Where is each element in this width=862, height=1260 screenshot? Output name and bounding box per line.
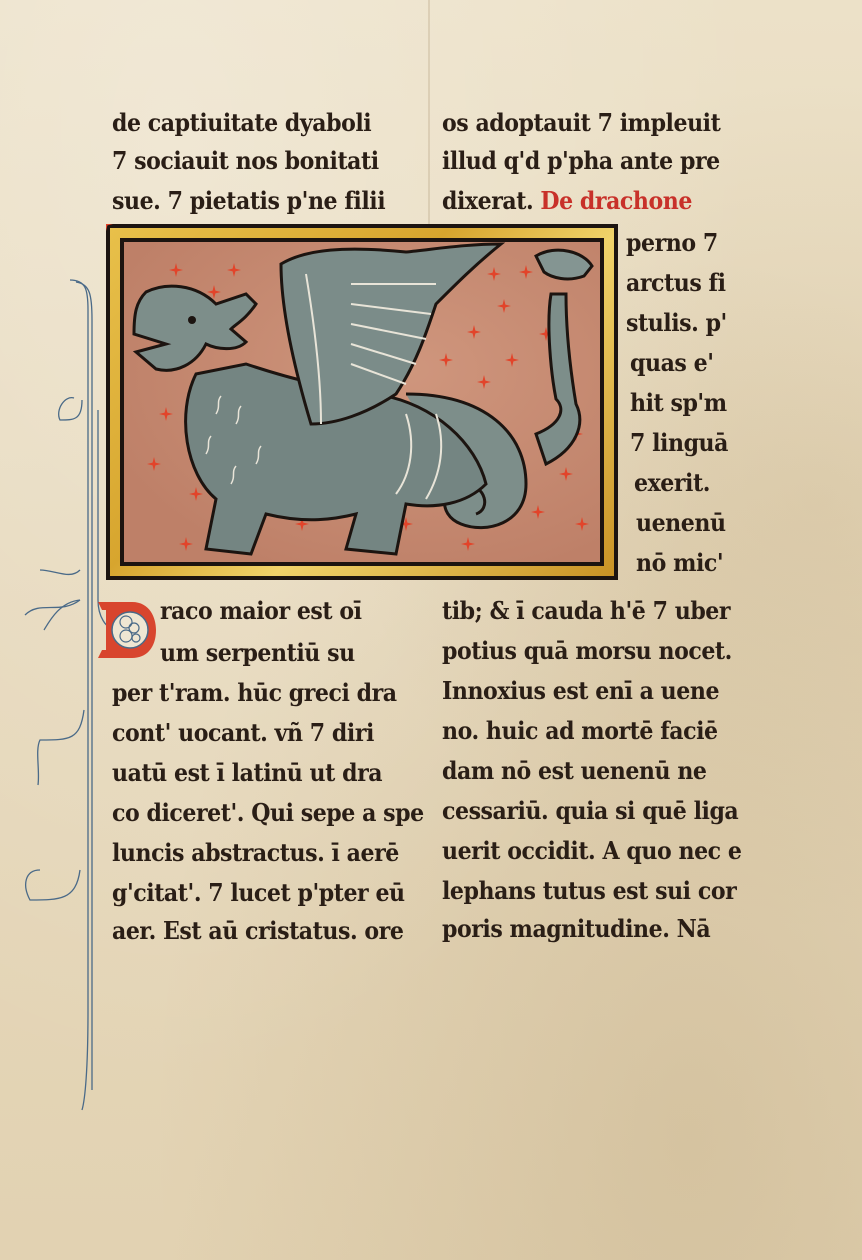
text-line: cont' uocant. vñ 7 diri bbox=[112, 718, 374, 748]
dragon-icon bbox=[106, 224, 618, 580]
text-line: aer. Est aū cristatus. ore bbox=[112, 916, 403, 946]
text-line: g'citat'. 7 lucet p'pter eū bbox=[112, 878, 405, 908]
text-fragment: dixerat. bbox=[442, 186, 533, 215]
text-line: uerit occidit. A quo nec e bbox=[442, 836, 741, 866]
text-line: co diceret'. Qui sepe a spe bbox=[112, 798, 424, 828]
page-crease bbox=[428, 0, 430, 230]
text-line: lephans tutus est sui cor bbox=[442, 876, 736, 906]
dragon-illumination bbox=[106, 224, 618, 580]
text-line: tib; & ī cauda h'ē 7 uber bbox=[442, 596, 730, 626]
illuminated-initial: D bbox=[92, 598, 158, 662]
text-line: per t'ram. hūc greci dra bbox=[112, 678, 397, 708]
text-line: Innoxius est enī a uene bbox=[442, 676, 719, 706]
text-line: dam nō est uenenū ne bbox=[442, 756, 707, 786]
text-line: potius quā morsu nocet. bbox=[442, 636, 732, 666]
text-line: luncis abstractus. ī aerē bbox=[112, 838, 399, 868]
manuscript-page: de captiuitate dyaboli 7 sociauit nos bo… bbox=[0, 0, 862, 1260]
text-line: os adoptauit 7 impleuit bbox=[442, 108, 720, 138]
text-line: de captiuitate dyaboli bbox=[112, 108, 371, 138]
text-line: cessariū. quia si quē liga bbox=[442, 796, 738, 826]
text-line: sue. 7 pietatis p'ne filii bbox=[112, 186, 385, 216]
text-line: uenenū bbox=[636, 508, 726, 538]
text-line: quas e' bbox=[630, 348, 714, 378]
text-line: stulis. p' bbox=[626, 308, 727, 338]
rubric-heading: De drachone bbox=[540, 186, 692, 215]
text-line: hit sp'm bbox=[630, 388, 727, 418]
text-line: 7 linguā bbox=[630, 428, 728, 458]
text-line: 7 sociauit nos bonitati bbox=[112, 146, 379, 176]
text-line: illud q'd p'pha ante pre bbox=[442, 146, 720, 176]
text-line: raco maior est oī bbox=[160, 596, 362, 626]
text-line: exerit. bbox=[634, 468, 710, 498]
text-line: uatū est ī latinū ut dra bbox=[112, 758, 382, 788]
text-line: nō mic' bbox=[636, 548, 723, 578]
text-line: dixerat. De drachone bbox=[442, 186, 692, 216]
pen-flourish-decoration bbox=[0, 270, 120, 1130]
text-line: no. huic ad mortē faciē bbox=[442, 716, 718, 746]
text-line: um serpentiū su bbox=[160, 638, 355, 668]
text-line: poris magnitudine. Nā bbox=[442, 914, 710, 944]
text-line: arctus fi bbox=[626, 268, 726, 298]
svg-text:D: D bbox=[92, 598, 105, 602]
text-line: perno 7 bbox=[626, 228, 718, 258]
